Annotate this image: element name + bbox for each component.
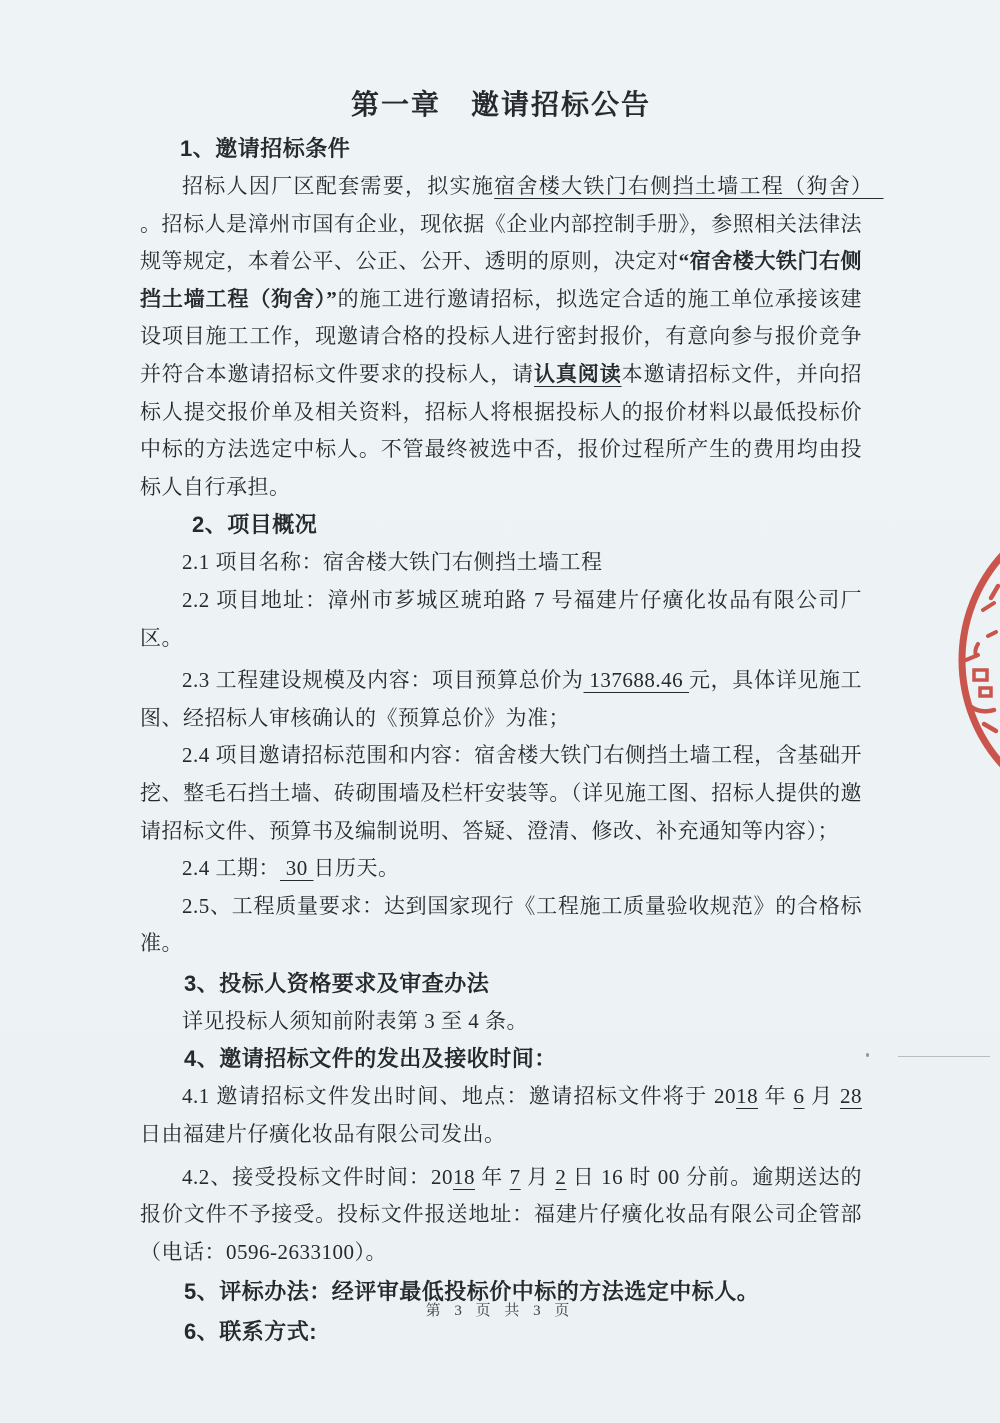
underlined-day: 2 xyxy=(555,1165,566,1189)
text-run: 招标人因厂区配套需要，拟实施 xyxy=(182,174,494,198)
text-run: 月 xyxy=(521,1165,556,1189)
underlined-day: 28 xyxy=(840,1084,862,1108)
red-seal-stamp xyxy=(954,548,1000,774)
item-4-1-issue-time: 4.1 邀请招标文件发出时间、地点：邀请招标文件将于 2018 年 6 月 28… xyxy=(140,1078,862,1153)
section-2-heading: 2、项目概况 xyxy=(192,506,862,544)
text-run: 日历天。 xyxy=(314,856,400,880)
text-run: 月 xyxy=(805,1084,840,1108)
scan-artifact-dot xyxy=(866,1053,869,1057)
text-run: 2.3 工程建设规模及内容：项目预算总价为 xyxy=(182,668,584,692)
underlined-duration-days: 30 xyxy=(280,856,314,880)
text-run: 年 xyxy=(475,1165,510,1189)
underlined-year: 18 xyxy=(736,1084,758,1108)
item-2-4-scope: 2.4 项目邀请招标范围和内容：宿舍楼大铁门右侧挡土墙工程，含基础开挖、整毛石挡… xyxy=(140,737,862,850)
page-footer: 第 3 页 共 3 页 xyxy=(0,1300,1000,1322)
section-3-body: 详见投标人须知前附表第 3 至 4 条。 xyxy=(140,1003,862,1041)
chapter-title: 第一章 邀请招标公告 xyxy=(140,86,862,124)
paragraph-bid-conditions: 招标人因厂区配套需要，拟实施宿舍楼大铁门右侧挡土墙工程（狗舍） 。招标人是漳州市… xyxy=(140,168,862,506)
text-run: 4.1 邀请招标文件发出时间、地点：邀请招标文件将于 20 xyxy=(182,1084,736,1108)
underlined-month: 6 xyxy=(794,1084,805,1108)
item-2-2-project-address: 2.2 项目地址：漳州市芗城区琥珀路 7 号福建片仔癀化妆品有限公司厂区。 xyxy=(140,582,862,657)
section-4-heading: 4、邀请招标文件的发出及接收时间： xyxy=(184,1040,862,1078)
item-2-5-quality: 2.5、工程质量要求：达到国家现行《工程施工质量验收规范》的合格标准。 xyxy=(140,888,862,963)
scanned-document-page: 第一章 邀请招标公告 1、邀请招标条件 招标人因厂区配套需要，拟实施宿舍楼大铁门… xyxy=(0,0,1000,1423)
underlined-month: 7 xyxy=(510,1165,521,1189)
text-run: 年 xyxy=(758,1084,793,1108)
document-body: 第一章 邀请招标公告 1、邀请招标条件 招标人因厂区配套需要，拟实施宿舍楼大铁门… xyxy=(140,86,862,1351)
text-run: 日由福建片仔癀化妆品有限公司发出。 xyxy=(140,1122,506,1146)
item-2-4-duration: 2.4 工期： 30 日历天。 xyxy=(140,850,862,888)
item-4-2-receive-time: 4.2、接受投标文件时间：2018 年 7 月 2 日 16 时 00 分前。逾… xyxy=(140,1159,862,1272)
item-2-3-budget: 2.3 工程建设规模及内容：项目预算总价为 137688.46 元，具体详见施工… xyxy=(140,662,862,737)
underlined-project-name: 宿舍楼大铁门右侧挡土墙工程（狗舍） xyxy=(494,174,883,198)
text-run: 2.4 工期： xyxy=(182,856,280,880)
item-2-1-project-name: 2.1 项目名称：宿舍楼大铁门右侧挡土墙工程 xyxy=(140,544,862,582)
section-3-heading: 3、投标人资格要求及审查办法 xyxy=(184,965,862,1003)
text-run: 4.2、接受投标文件时间：20 xyxy=(182,1165,453,1189)
scan-artifact-line xyxy=(898,1056,990,1057)
underlined-budget-amount: 137688.46 xyxy=(584,668,690,692)
underlined-year: 18 xyxy=(453,1165,475,1189)
section-1-heading: 1、邀请招标条件 xyxy=(180,130,862,168)
underlined-read-carefully: 认真阅读 xyxy=(534,362,622,386)
